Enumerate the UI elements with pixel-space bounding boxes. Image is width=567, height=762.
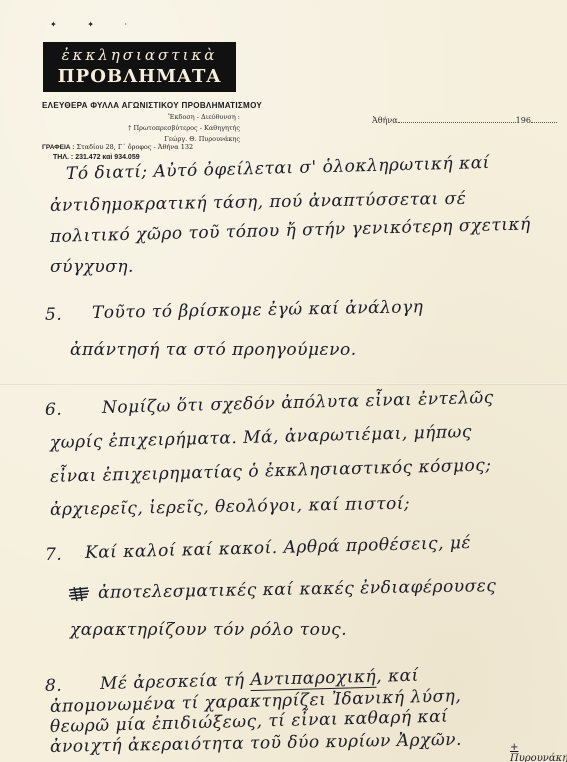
offices-address: ΓΡΑΦΕΙΑ : Σταδίου 28, Γ΄ ὄροφος - Ἀθήνα … [42,143,193,151]
paper-fold-line [0,383,567,385]
masthead-title-line2: ΠΡΟΒΛΗΜΑΤΑ [43,65,236,89]
item-5-number: 5. [45,305,62,325]
edition-line-1: Ἔκδοση - Διεύθυνση : [168,112,240,122]
phone-info: ΤΗΛ. : 231.472 καὶ 934.059 [53,154,140,161]
item-6-number: 6. [45,400,62,420]
letterhead-subtitle: ΕΛΕΥΘΕΡΑ ΦΥΛΛΑ ΑΓΩΝΙΣΤΙΚΟΥ ΠΡΟΒΛΗΜΑΤΙΣΜΟ… [42,100,262,110]
item-5-line-2: ἀπάντησή τα στό προηγούμενο. [70,340,357,360]
date-year: 196 [516,116,531,125]
phone-numbers: 231.472 καὶ 934.059 [75,154,139,161]
signature: + Πυρουνάκης [510,742,567,762]
date-blank [398,122,516,123]
crossed-out-scribble-icon [68,586,90,602]
masthead-title-line1: ἐκκλησιαστικὰ [43,45,236,65]
item-8-line-1-end: , καί [376,666,419,687]
handwritten-intro-line-4: σύγχυση. [50,257,134,277]
date-place: Ἀθήνα [372,116,398,125]
offices-label: ΓΡΑΦΕΙΑ : [42,144,74,151]
item-7-number: 7. [45,545,62,565]
item-8-number: 8. [45,676,62,696]
item-7-line-3: χαρακτηρίζουν τόν ρόλο τους. [70,620,347,640]
date-year-blank [531,122,557,123]
item-8-line-1-start: Μέ ἀρεσκεία τή [100,670,245,694]
decorative-specks: ✦ ✦ · [50,20,141,29]
edition-line-2: † Πρωτοπρεσβύτερος - Καθηγητής [128,123,240,133]
item-8-underlined-word: Αντιπαροχική [250,667,376,690]
paper-background [0,0,567,762]
masthead-logo: ἐκκλησιαστικὰ ΠΡΟΒΛΗΜΑΤΑ [43,42,236,92]
offices-address-text: Σταδίου 28, Γ΄ ὄροφος - Ἀθήνα 132 [77,143,194,151]
date-line: Ἀθήνα 196 [372,116,557,125]
phone-label: ΤΗΛ. : [53,154,73,161]
